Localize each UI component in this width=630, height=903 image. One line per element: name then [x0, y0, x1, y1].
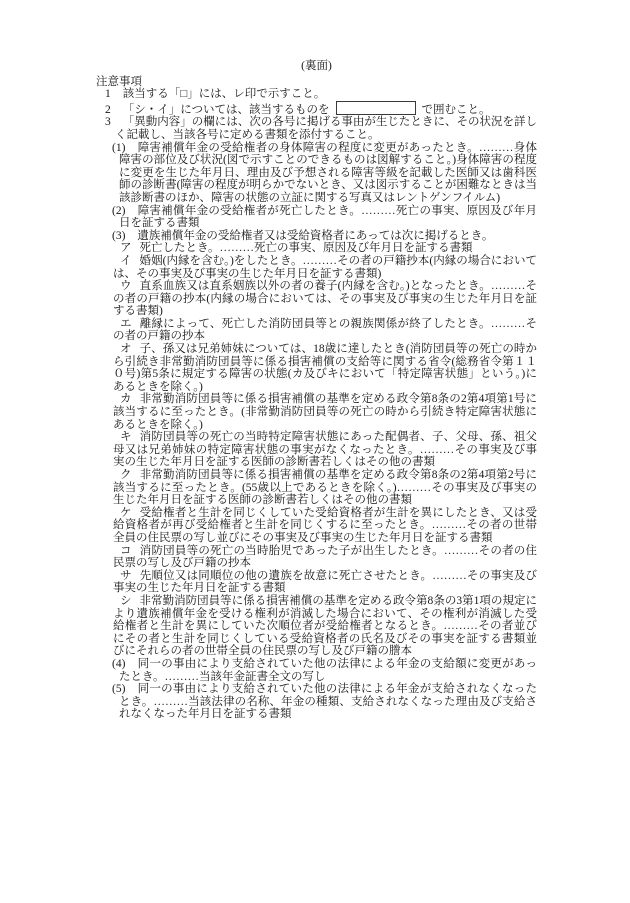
note-3-number: 3 — [105, 116, 111, 128]
paren-item-4: (4)同一の事由により支給されていた他の法律による年金の支給額に変更があったとき… — [96, 658, 537, 683]
kana-item-o-marker: オ — [120, 343, 132, 355]
paren-item-3: (3)遺族補償年金の受給権者又は受給資格者にあっては次に掲げるとき。 — [96, 230, 537, 243]
note-2-text-before-box: 「シ・イ」については、該当するものを — [123, 104, 330, 116]
kana-item-e: エ離縁によって、死亡した消防団員等との親族関係が終了したとき。………その者の戸籍… — [96, 318, 537, 343]
kana-item-sa-text: 先順位又は同順位の他の遺族を故意に死亡させたとき。………その事実及び事実の生じた… — [113, 570, 537, 595]
note-item-1: 1該当する「□」には、レ印で示すこと。 — [96, 88, 537, 101]
paren-item-5-number: (5) — [112, 683, 125, 695]
kana-item-shi-marker: シ — [120, 595, 132, 607]
paren-item-4-number: (4) — [112, 658, 125, 670]
note-item-2: 2「シ・イ」については、該当するものをで囲むこと。 — [96, 101, 537, 117]
kana-item-u-marker: ウ — [120, 280, 132, 292]
paren-item-4-text: 同一の事由により支給されていた他の法律による年金の支給額に変更があったとき。……… — [119, 658, 537, 683]
kana-item-ki-text: 消防団員等の死亡の当時特定障害状態にあった配偶者、子、父母、孫、祖父母又は兄弟姉… — [113, 431, 537, 468]
kana-item-u: ウ直系血族又は直系姻族以外の者の養子(内縁を含む。)となったとき。………その者の… — [96, 280, 537, 318]
kana-item-ka-marker: カ — [120, 393, 132, 405]
kana-item-ku-marker: ク — [120, 469, 132, 481]
kana-item-ka: カ非常勤消防団員等に係る損害補償の基準を定める政令第8条の2第4項第1号に該当す… — [96, 393, 537, 431]
note-1-number: 1 — [105, 88, 111, 100]
kana-item-u-text: 直系血族又は直系姻族以外の者の養子(内縁を含む。)となったとき。………その者の戸… — [113, 280, 537, 317]
kana-item-e-text: 離縁によって、死亡した消防団員等との親族関係が終了したとき。………その者の戸籍の… — [113, 318, 537, 343]
kana-item-e-marker: エ — [120, 318, 132, 330]
document-page: (裏面) 注意事項 1該当する「□」には、レ印で示すこと。 2「シ・イ」について… — [96, 60, 537, 721]
kana-item-i-text: 婚姻(内縁を含む。)をしたとき。………その者の戸籍抄本(内縁の場合においては、そ… — [113, 255, 537, 280]
kana-item-o-text: 子、孫又は兄弟姉妹については、18歳に達したとき(消防団員等の死亡の時から引続き… — [113, 343, 537, 393]
kana-item-i: イ婚姻(内縁を含む。)をしたとき。………その者の戸籍抄本(内縁の場合においては、… — [96, 255, 537, 280]
note-3-text: 「異動内容」の欄には、次の各号に掲げる事由が生じたときに、その状況を詳しく記載し… — [115, 116, 537, 141]
kana-item-shi: シ非常勤消防団員等に係る損害補償の基準を定める政令第8条の3第1項の規定により遺… — [96, 595, 537, 658]
paren-item-1-text: 障害補償年金の受給権者の身体障害の程度に変更があったとき。………身体障害の部位及… — [119, 142, 537, 204]
note-1-text: 該当する「□」には、レ印で示すこと。 — [123, 88, 325, 100]
kana-item-a-marker: ア — [120, 242, 132, 254]
note-2-number: 2 — [105, 104, 111, 116]
kana-item-a-text: 死亡したとき。………死亡の事実、原因及び年月日を証する書類 — [140, 242, 473, 254]
kana-item-ke-marker: ケ — [120, 507, 132, 519]
paren-item-3-number: (3) — [112, 230, 125, 242]
paren-item-1: (1)障害補償年金の受給権者の身体障害の程度に変更があったとき。………身体障害の… — [96, 142, 537, 205]
kana-item-sa: サ先順位又は同順位の他の遺族を故意に死亡させたとき。………その事実及び事実の生じ… — [96, 570, 537, 595]
kana-item-sa-marker: サ — [120, 570, 132, 582]
kana-item-ki-marker: キ — [120, 431, 132, 443]
kana-item-i-marker: イ — [120, 255, 132, 267]
encircle-answer-box — [336, 101, 416, 115]
paren-item-2-number: (2) — [112, 205, 125, 217]
kana-item-ko-marker: コ — [120, 545, 132, 557]
notes-heading: 注意事項 — [96, 76, 537, 89]
kana-item-ka-text: 非常勤消防団員等に係る損害補償の基準を定める政令第8条の2第4項第1号に該当する… — [113, 393, 537, 430]
note-2-text-after-box: で囲むこと。 — [422, 104, 491, 116]
paren-item-2: (2)障害補償年金の受給権者が死亡したとき。………死亡の事実、原因及び年月日を証… — [96, 205, 537, 230]
page-side-label: (裏面) — [96, 60, 537, 73]
kana-item-ko-text: 消防団員等の死亡の当時胎児であった子が出生したとき。………その者の住民票の写し及… — [113, 545, 537, 570]
kana-item-a: ア死亡したとき。………死亡の事実、原因及び年月日を証する書類 — [96, 242, 537, 255]
kana-item-ko: コ消防団員等の死亡の当時胎児であった子が出生したとき。………その者の住民票の写し… — [96, 545, 537, 570]
note-item-3: 3「異動内容」の欄には、次の各号に掲げる事由が生じたときに、その状況を詳しく記載… — [96, 116, 537, 141]
paren-item-2-text: 障害補償年金の受給権者が死亡したとき。………死亡の事実、原因及び年月日を証する書… — [119, 205, 537, 230]
kana-item-ke: ケ受給権者と生計を同じくしていた受給資格者が生計を異にしたとき、又は受給資格者が… — [96, 507, 537, 545]
kana-item-ku-text: 非常勤消防団員等に係る損害補償の基準を定める政令第8条の2第4項第2号に該当する… — [113, 469, 537, 506]
kana-item-shi-text: 非常勤消防団員等に係る損害補償の基準を定める政令第8条の3第1項の規定により遺族… — [113, 595, 537, 657]
kana-item-o: オ子、孫又は兄弟姉妹については、18歳に達したとき(消防団員等の死亡の時から引続… — [96, 343, 537, 393]
kana-item-ki: キ消防団員等の死亡の当時特定障害状態にあった配偶者、子、父母、孫、祖父母又は兄弟… — [96, 431, 537, 469]
kana-item-ku: ク非常勤消防団員等に係る損害補償の基準を定める政令第8条の2第4項第2号に該当す… — [96, 469, 537, 507]
paren-item-5-text: 同一の事由により支給されていた他の法律による年金が支給されなくなったとき。………… — [119, 683, 537, 720]
paren-item-5: (5)同一の事由により支給されていた他の法律による年金が支給されなくなったとき。… — [96, 683, 537, 721]
paren-item-3-text: 遺族補償年金の受給権者又は受給資格者にあっては次に掲げるとき。 — [137, 230, 493, 242]
paren-item-1-number: (1) — [112, 142, 125, 154]
kana-item-ke-text: 受給権者と生計を同じくしていた受給資格者が生計を異にしたとき、又は受給資格者が再… — [113, 507, 537, 544]
